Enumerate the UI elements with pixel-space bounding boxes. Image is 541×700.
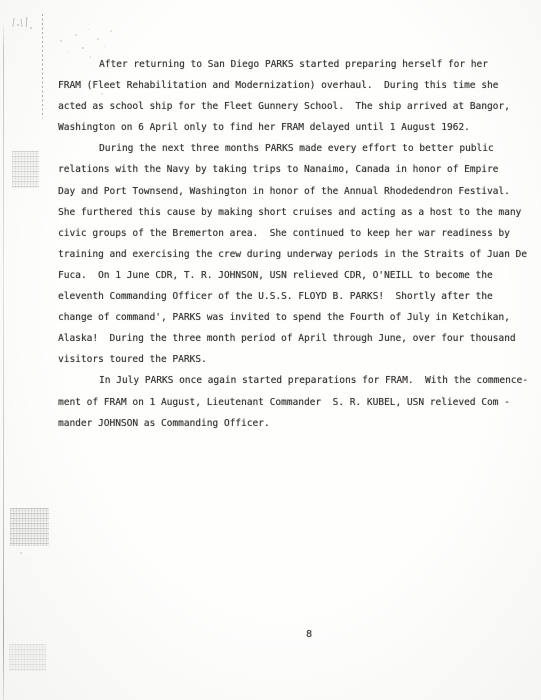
left-edge-scan-line [3,22,4,700]
paragraph-1: After returning to San Diego PARKS start… [58,54,536,138]
pencil-stroke [26,17,28,27]
pencil-stroke [12,18,14,27]
scan-speck [68,52,69,53]
pencil-dot [30,27,32,29]
faint-smudge-bottom-left [9,644,46,671]
scan-speck [60,40,62,42]
scan-speck [82,47,84,49]
stamp-smudge-upper-left [12,151,39,188]
text-line: ment of FRAM on 1 August, Lieutenant Com… [58,392,536,413]
stamp-smudge-lower-left [10,508,49,546]
text-line: After returning to San Diego PARKS start… [58,54,536,75]
text-line: mander JOHNSON as Commanding Officer. [58,413,536,434]
text-line: civic groups of the Bremerton area. She … [58,223,536,244]
scan-speck [88,29,89,30]
scan-speck [75,34,77,36]
text-line: Alaska! During the three month period of… [58,328,536,349]
text-line: Washington on 6 April only to find her F… [58,117,536,138]
scan-speck [110,30,112,32]
pencil-dot [17,24,19,26]
scan-speck [26,558,27,559]
text-line: During the next three months PARKS made … [58,138,536,159]
pencil-stroke [21,19,23,27]
text-line: eleventh Commanding Officer of the U.S.S… [58,286,536,307]
text-line: change of command', PARKS was invited to… [58,307,536,328]
scan-speck [20,552,22,554]
text-line: FRAM (Fleet Rehabilitation and Moderniza… [58,75,536,96]
text-line: visitors toured the PARKS. [58,349,536,370]
text-line: training and exercising the crew during … [58,244,536,265]
text-line: Fuca. On 1 June CDR, T. R. JOHNSON, USN … [58,265,536,286]
page-number: 8 [306,629,312,641]
text-line: acted as school ship for the Fleet Gunne… [58,96,536,117]
typewritten-text: After returning to San Diego PARKS start… [58,54,536,434]
paragraph-2: During the next three months PARKS made … [58,138,536,370]
dotted-vertical-line [42,14,43,118]
paragraph-3: In July PARKS once again started prepara… [58,370,536,433]
text-line: relations with the Navy by taking trips … [58,159,536,180]
document-page: After returning to San Diego PARKS start… [0,0,541,700]
text-line: She furthered this cause by making short… [58,202,536,223]
scan-speck [97,38,99,40]
text-line: Day and Port Townsend, Washington in hon… [58,181,536,202]
text-line: In July PARKS once again started prepara… [58,370,536,391]
scan-speck [104,46,105,47]
